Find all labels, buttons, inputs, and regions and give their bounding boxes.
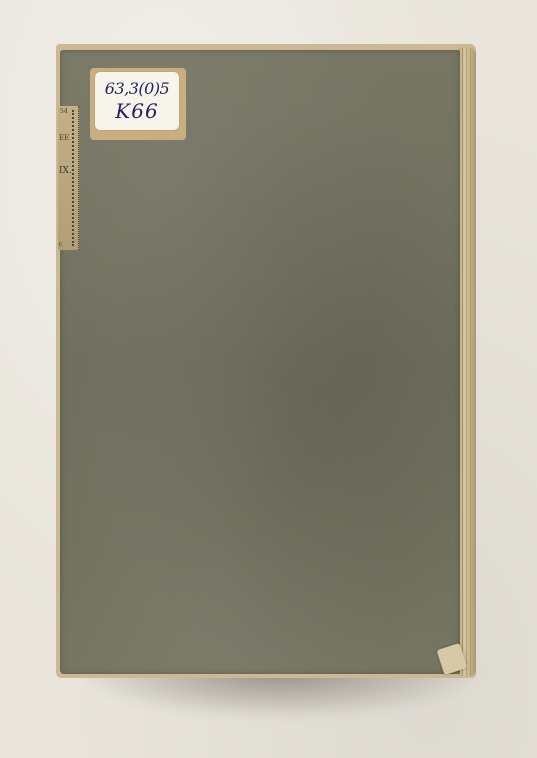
spine-text-top: 54 (60, 108, 68, 115)
spine-label: 54 EE IX. c (58, 106, 79, 250)
spine-volume-number: IX. (59, 166, 72, 176)
ornament-border-icon (72, 110, 78, 246)
fore-edge-pages (458, 48, 476, 676)
book: 63,3(0)5 K66 54 EE IX. c (56, 44, 476, 678)
spine-text-middle: EE (59, 134, 69, 142)
spine-text-bottom: c (59, 241, 62, 248)
book-cover: 63,3(0)5 K66 (60, 50, 460, 674)
shelf-mark-label: 63,3(0)5 K66 (95, 72, 179, 130)
shelf-mark-line1: 63,3(0)5 (105, 79, 169, 99)
shelf-mark-line2: K66 (115, 99, 158, 123)
